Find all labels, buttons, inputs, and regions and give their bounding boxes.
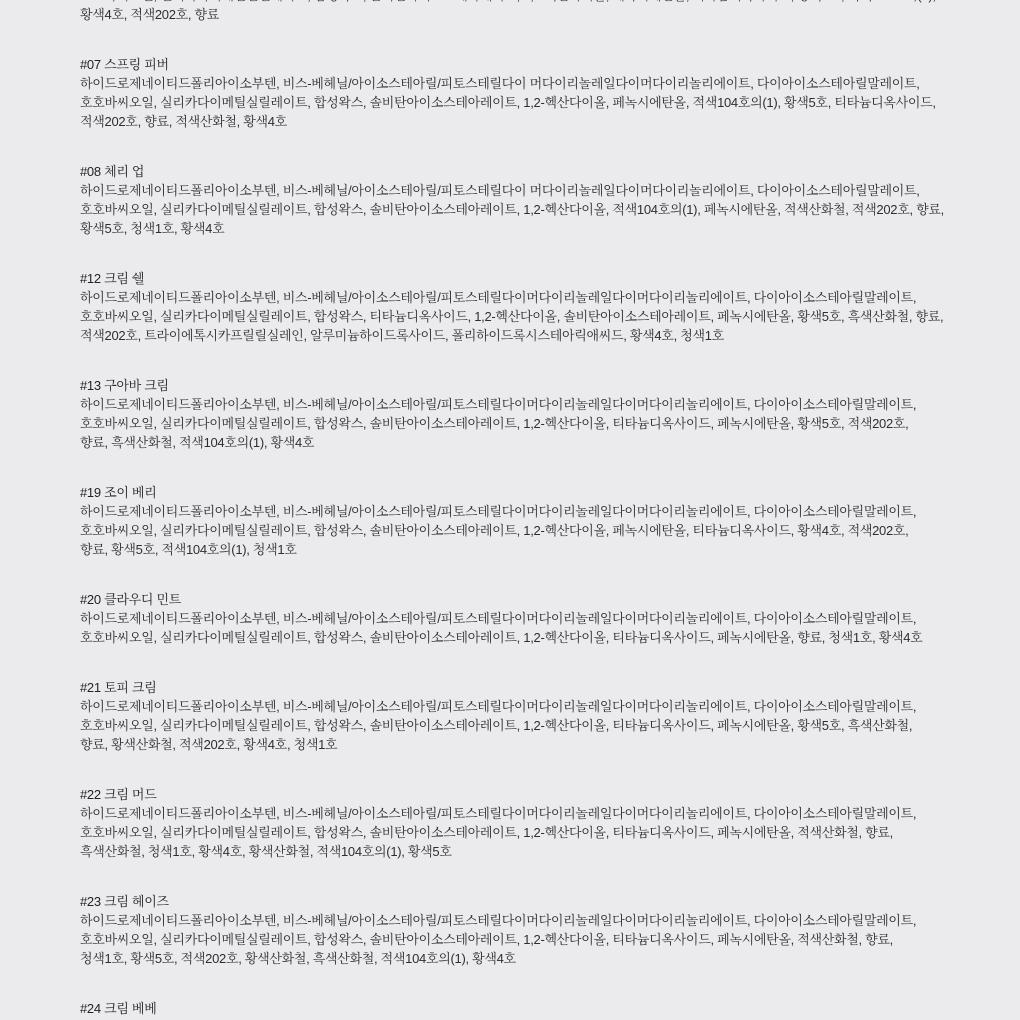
ingredient-line: 호호바씨오일, 실리카다이메틸실릴레이트, 합성왁스, 솔비탄아이소스테아레이트… <box>80 716 944 735</box>
shade-title: #21 토피 크림 <box>80 678 944 697</box>
ingredient-line: 적색202호, 향료, 적색산화철, 황색4호 <box>80 112 944 131</box>
ingredient-line: 하이드로제네이티드폴리아이소부텐, 비스-베헤닐/아이소스테아릴/피토스테릴다이… <box>80 804 944 823</box>
shade-section: #23 크림 헤이즈하이드로제네이티드폴리아이소부텐, 비스-베헤닐/아이소스테… <box>80 892 944 968</box>
ingredient-line: 호호바씨오일, 실리카다이메틸실릴레이트, 합성왁스, 솔비탄아이소스테아레이트… <box>80 200 944 219</box>
ingredient-line: 향료, 흑색산화철, 적색104호의(1), 황색4호 <box>80 433 944 452</box>
shade-section: #20 클라우디 민트하이드로제네이티드폴리아이소부텐, 비스-베헤닐/아이소스… <box>80 590 944 647</box>
shade-title: #12 크림 쉘 <box>80 269 944 288</box>
shade-section: #08 체리 업하이드로제네이티드폴리아이소부텐, 비스-베헤닐/아이소스테아릴… <box>80 162 944 238</box>
shade-section: #21 토피 크림하이드로제네이티드폴리아이소부텐, 비스-베헤닐/아이소스테아… <box>80 678 944 754</box>
ingredient-line: 하이드로제네이티드폴리아이소부텐, 비스-베헤닐/아이소스테아릴/피토스테릴다이… <box>80 395 944 414</box>
ingredient-line: 청색1호, 황색5호, 적색202호, 황색산화철, 흑색산화철, 적색104호… <box>80 949 944 968</box>
ingredient-line: 황색4호, 적색202호, 향료 <box>80 5 944 24</box>
shade-sections: #07 스프링 피버하이드로제네이티드폴리아이소부텐, 비스-베헤닐/아이소스테… <box>80 55 944 1018</box>
ingredient-line: 하이드로제네이티드폴리아이소부텐, 비스-베헤닐/아이소스테아릴/피토스테릴다이… <box>80 74 944 93</box>
shade-section: #07 스프링 피버하이드로제네이티드폴리아이소부텐, 비스-베헤닐/아이소스테… <box>80 55 944 131</box>
shade-section: #24 크림 베베 <box>80 999 944 1018</box>
shade-title: #13 구아바 크림 <box>80 376 944 395</box>
shade-title: #19 조이 베리 <box>80 483 944 502</box>
shade-section: #19 조이 베리하이드로제네이티드폴리아이소부텐, 비스-베헤닐/아이소스테아… <box>80 483 944 559</box>
ingredient-line: 호호바씨오일, 실리카다이메틸실릴레이트, 합성왁스, 솔비탄아이소스테아레이트… <box>80 414 944 433</box>
ingredient-line: 향료, 황색산화철, 적색202호, 황색4호, 청색1호 <box>80 735 944 754</box>
ingredient-line: 호호바씨오일, 실리카다이메틸실릴레이트, 합성왁스, 티타늄디옥사이드, 1,… <box>80 307 944 326</box>
ingredient-line: 황색5호, 청색1호, 황색4호 <box>80 219 944 238</box>
ingredient-line: 하이드로제네이티드폴리아이소부텐, 비스-베헤닐/아이소스테아릴/피토스테릴다이… <box>80 502 944 521</box>
shade-section: #12 크림 쉘하이드로제네이티드폴리아이소부텐, 비스-베헤닐/아이소스테아릴… <box>80 269 944 345</box>
ingredient-line: 하이드로제네이티드폴리아이소부텐, 비스-베헤닐/아이소스테아릴/피토스테릴다이… <box>80 609 944 628</box>
ingredient-line: 흑색산화철, 청색1호, 황색4호, 황색산화철, 적색104호의(1), 황색… <box>80 842 944 861</box>
ingredient-line: 하이드로제네이티드폴리아이소부텐, 비스-베헤닐/아이소스테아릴/피토스테릴다이… <box>80 288 944 307</box>
ingredient-line: 호호바씨오일, 실리카다이메틸실릴레이트, 합성왁스, 솔비탄아이소스테아레이트… <box>80 93 944 112</box>
shade-title: #24 크림 베베 <box>80 999 944 1018</box>
ingredient-line: 하이드로제네이티드폴리아이소부텐, 비스-베헤닐/아이소스테아릴/피토스테릴다이… <box>80 911 944 930</box>
shade-title: #23 크림 헤이즈 <box>80 892 944 911</box>
shade-title: #07 스프링 피버 <box>80 55 944 74</box>
shade-title: #08 체리 업 <box>80 162 944 181</box>
ingredient-line: 향료, 황색5호, 적색104호의(1), 청색1호 <box>80 540 944 559</box>
previous-section-overflow: 호호바씨오일, 실리카다이메틸실릴레이트, 합성왁스, 솔비탄아이소스테아레이트… <box>80 0 944 24</box>
shade-title: #20 클라우디 민트 <box>80 590 944 609</box>
ingredient-line: 하이드로제네이티드폴리아이소부텐, 비스-베헤닐/아이소스테아릴/피토스테릴다이… <box>80 697 944 716</box>
ingredient-line: 하이드로제네이티드폴리아이소부텐, 비스-베헤닐/아이소스테아릴/피토스테릴다이… <box>80 181 944 200</box>
ingredient-line: 호호바씨오일, 실리카다이메틸실릴레이트, 합성왁스, 솔비탄아이소스테아레이트… <box>80 823 944 842</box>
ingredient-line: 호호바씨오일, 실리카다이메틸실릴레이트, 합성왁스, 솔비탄아이소스테아레이트… <box>80 628 944 647</box>
ingredient-list-page: 호호바씨오일, 실리카다이메틸실릴레이트, 합성왁스, 솔비탄아이소스테아레이트… <box>0 0 1020 1020</box>
ingredient-line: 적색202호, 트라이에톡시카프릴릴실레인, 알루미늄하이드록사이드, 폴리하이… <box>80 326 944 345</box>
ingredient-line: 호호바씨오일, 실리카다이메틸실릴레이트, 합성왁스, 솔비탄아이소스테아레이트… <box>80 521 944 540</box>
shade-title: #22 크림 머드 <box>80 785 944 804</box>
ingredient-line: 호호바씨오일, 실리카다이메틸실릴레이트, 합성왁스, 솔비탄아이소스테아레이트… <box>80 930 944 949</box>
shade-section: #13 구아바 크림하이드로제네이티드폴리아이소부텐, 비스-베헤닐/아이소스테… <box>80 376 944 452</box>
shade-section: #22 크림 머드하이드로제네이티드폴리아이소부텐, 비스-베헤닐/아이소스테아… <box>80 785 944 861</box>
